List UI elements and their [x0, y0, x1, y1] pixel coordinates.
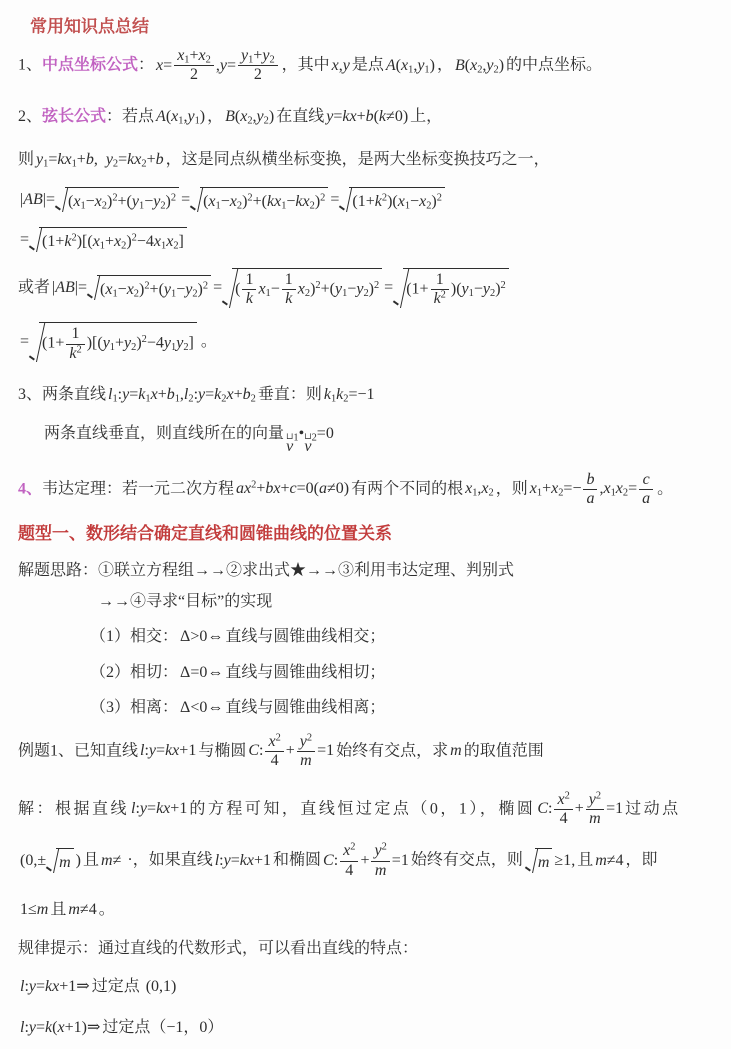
- denominator: 2: [174, 65, 214, 84]
- subscript: 2: [305, 288, 310, 299]
- math-segment: l1:y=k1x+b1,l2:y=k2x+b2: [108, 386, 256, 403]
- subscript: 2: [121, 241, 126, 252]
- subscript: 1: [43, 159, 48, 170]
- example1-line: 例题1、已知直线l:y=kx+1与椭圆C:x24+y2m=1始终有交点，求m的取…: [14, 733, 719, 771]
- math-letter: x: [226, 386, 233, 403]
- superscript: 2: [315, 279, 320, 290]
- subscript: 1: [266, 288, 271, 299]
- subscript: 1: [424, 64, 429, 75]
- math-segment: Δ<0⇔: [180, 699, 223, 716]
- overscript-mark: ⊔: [304, 434, 311, 439]
- math-letter: k: [379, 108, 386, 125]
- radical-icon: [224, 268, 233, 309]
- denominator: a: [583, 489, 597, 508]
- solution-approach-cont-line: →→④寻求“目标”的实现: [14, 590, 719, 613]
- math-letter: y: [106, 151, 113, 168]
- superscript: 2: [247, 192, 252, 203]
- math-letter: c: [643, 471, 650, 488]
- superscript: 2: [144, 280, 149, 291]
- document-body: 1、中点坐标公式：x=x1+x22,y=y1+y22，其中x,y是点A(x1,y…: [14, 47, 719, 1039]
- math-segment: y1=kx1+b,: [36, 151, 98, 168]
- denominator: m: [297, 751, 315, 770]
- subscript: 2: [251, 394, 256, 405]
- overscript: ⊔v: [304, 433, 311, 454]
- subscript: 1: [110, 342, 115, 353]
- radical-icon: [192, 187, 201, 213]
- denominator: 2: [238, 65, 278, 84]
- subscript: 1: [100, 241, 105, 252]
- fraction: 1k2: [66, 325, 84, 363]
- subscript: 2: [490, 288, 495, 299]
- solution-approach-line: 解题思路：①联立方程组→→②求出式★→→③利用韦达定理、判别式: [14, 559, 719, 582]
- math-segment: A(x1,y1): [156, 108, 205, 125]
- ab-length-expanded-line: =(1+k2)[(x1+x2)2−4x1x2]: [14, 227, 719, 253]
- math-segment: |AB|=(x1−x2)2+(y1−y2)2=(x1−x2)2+(kx1−kx2…: [20, 191, 447, 208]
- chord-formula-intro-line: 2、弦长公式：若点A(x1,y1)，B(x2,y2)在直线y=kx+b(k≠0)…: [14, 105, 719, 128]
- math-letter: A: [23, 191, 33, 208]
- superscript: 2: [374, 279, 379, 290]
- superscript: 2: [251, 479, 256, 490]
- text-segment: 直线与圆锥曲线相离；: [225, 699, 385, 716]
- radicand: (1kx1−1kx2)2+(y1−y2)2: [232, 268, 382, 309]
- math-letter: y: [132, 193, 139, 210]
- text-segment: 过动点: [625, 800, 681, 817]
- math-segment: l:y=kx+1⇒: [20, 978, 90, 995]
- math-letter: k: [324, 386, 331, 403]
- math-letter: x: [154, 233, 161, 250]
- text-segment: 解题思路：①联立方程组→→②求出式★→→③利用韦达定理、判别式: [18, 562, 514, 579]
- math-letter: x: [398, 193, 405, 210]
- numerator: 1: [66, 325, 84, 343]
- numerator: 1: [282, 271, 296, 289]
- text-segment: 的方程可知，直线恒过定点（0，1），椭圆: [189, 800, 535, 817]
- subscript: 1: [405, 201, 410, 212]
- math-letter: k: [267, 193, 274, 210]
- math-letter: a: [319, 480, 327, 497]
- subscript: 2: [477, 64, 482, 75]
- subscript: 2: [237, 201, 242, 212]
- math-letter: y: [589, 791, 596, 808]
- text-segment: 。: [657, 480, 673, 497]
- math-letter: x: [163, 800, 170, 817]
- square-root: (1+k2)[(x1+x2)2−4x1x2]: [31, 227, 187, 253]
- math-segment: B(x2,y2): [225, 108, 274, 125]
- text-segment: →→④寻求“目标”的实现: [98, 593, 272, 610]
- midpoint-formula-line: 1、中点坐标公式：x=x1+x22,y=y1+y22，其中x,y是点A(x1,y…: [14, 47, 719, 85]
- subscript: 1: [139, 201, 144, 212]
- superscript: 2: [382, 842, 387, 853]
- math-letter: a: [642, 490, 650, 507]
- text-segment: （3）相离：: [90, 699, 178, 716]
- subscript: 2: [264, 115, 269, 126]
- math-letter: y: [224, 852, 231, 869]
- math-letter: x: [64, 151, 71, 168]
- fraction: y2m: [586, 791, 604, 829]
- math-letter: b: [586, 471, 594, 488]
- math-letter: x: [247, 852, 254, 869]
- math-letter: y: [374, 842, 381, 859]
- math-segment: A(x1,y1): [386, 57, 435, 74]
- radical-icon: [527, 848, 536, 874]
- math-segment: (0,±m): [20, 852, 81, 869]
- superscript: 2: [112, 192, 117, 203]
- math-letter: k: [295, 193, 302, 210]
- math-letter: y: [122, 386, 129, 403]
- subscript: 1: [178, 115, 183, 126]
- math-letter: k: [64, 233, 71, 250]
- text-segment: ：若点: [106, 108, 154, 125]
- math-letter: y: [187, 108, 194, 125]
- case-separate-line: （3）相离：Δ<0⇔直线与圆锥曲线相离；: [14, 696, 719, 719]
- math-letter: x: [93, 233, 100, 250]
- math-segment: y2=kx2+b: [106, 151, 164, 168]
- square-root: (x1−x2)2+(y1−y2)2: [57, 187, 179, 213]
- text-segment: 解：根据直线: [18, 800, 129, 817]
- case-intersect-line: （1）相交：Δ>0⇔直线与圆锥曲线相交；: [14, 625, 719, 648]
- superscript: 2: [142, 334, 147, 345]
- math-segment: m≠: [101, 852, 121, 869]
- math-letter: C: [323, 852, 334, 869]
- document-page: 常用知识点总结 1、中点坐标公式：x=x1+x22,y=y1+y22，其中x,y…: [0, 0, 731, 1049]
- fraction: 1k2: [431, 271, 449, 309]
- math-letter: k: [375, 193, 382, 210]
- math-letter: x: [530, 480, 537, 497]
- subscript: 2: [134, 288, 139, 299]
- subscript: 2: [363, 288, 368, 299]
- math-segment: x1,x2: [465, 480, 494, 497]
- math-letter: l: [131, 800, 135, 817]
- subscript: 1: [112, 288, 117, 299]
- math-segment: C:x24+y2m=1: [537, 800, 623, 817]
- math-letter: m: [37, 901, 49, 918]
- math-letter: x: [349, 108, 356, 125]
- subscript: 1: [171, 288, 176, 299]
- square-root: (1+k2)(x1−x2)2: [341, 187, 445, 213]
- math-letter: m: [375, 862, 387, 879]
- numerator: y2: [586, 791, 604, 809]
- subscript: 1: [184, 55, 189, 66]
- subscript: 2: [310, 201, 315, 212]
- overscript-mark: ⊔: [286, 434, 293, 439]
- text-segment: ，其中: [282, 57, 330, 74]
- math-letter: B: [33, 191, 43, 208]
- superscript: 2: [132, 233, 137, 244]
- fraction: y1+y22: [238, 47, 278, 85]
- radical-icon: [341, 187, 350, 213]
- math-letter: b: [167, 386, 175, 403]
- numerator: y1+y2: [238, 47, 278, 65]
- math-segment: y=kx+b(k≠0): [326, 108, 408, 125]
- math-letter: m: [589, 810, 601, 827]
- text-segment: 3、两条直线: [18, 386, 106, 403]
- subscript: 2: [102, 201, 107, 212]
- math-letter: m: [300, 752, 312, 769]
- denominator: k2: [66, 344, 84, 363]
- math-letter: x: [208, 193, 215, 210]
- math-letter: b: [86, 151, 94, 168]
- page-title: 常用知识点总结: [30, 12, 719, 37]
- math-letter: C: [537, 800, 548, 817]
- radicand: (1+1k2)[(y1+y2)2−4y1y2]: [39, 322, 197, 363]
- math-letter: l: [140, 742, 144, 759]
- text-segment: 规律提示：通过直线的代数形式，可以看出直线的特点：: [18, 940, 418, 957]
- math-segment: ⊔v1•⊔v2=0: [286, 425, 334, 442]
- text-segment: 或者: [18, 279, 50, 296]
- subscript: 1: [175, 394, 180, 405]
- subscript: 2: [131, 342, 136, 353]
- subscript: 1: [469, 288, 474, 299]
- math-segment: x=x1+x22,y=y1+y22: [156, 57, 280, 74]
- subscript: 2: [188, 394, 193, 405]
- math-letter: l: [20, 1019, 24, 1036]
- subscript: 1: [112, 394, 117, 405]
- math-segment: l:y=kx+1: [215, 852, 271, 869]
- superscript: 2: [171, 192, 176, 203]
- fraction: ba: [583, 471, 597, 509]
- substitution-line: 则y1=kx1+b, y2=kx2+b，这是同点纵横坐标变换，是两大坐标变换技巧…: [14, 148, 719, 171]
- math-letter: x: [95, 193, 102, 210]
- math-letter: y: [220, 57, 227, 74]
- superscript: 2: [382, 192, 387, 203]
- subscript: 1: [537, 488, 542, 499]
- math-letter: y: [29, 978, 36, 995]
- math-letter: x: [172, 742, 179, 759]
- subscript: 1: [248, 55, 253, 66]
- vieta-theorem-line: 4、韦达定理：若一元二次方程ax2+bx+c=0(a≠0)有两个不同的根x1,x…: [14, 471, 719, 509]
- math-letter: A: [156, 108, 166, 125]
- text-segment: 是点: [352, 57, 384, 74]
- numerator: y2: [297, 733, 315, 751]
- math-letter: m: [101, 852, 113, 869]
- math-letter: b: [366, 108, 374, 125]
- square-root: (x1−x2)2+(kx1−kx2)2: [192, 187, 328, 213]
- math-segment: |AB|=(x1−x2)2+(y1−y2)2=(1kx1−1kx2)2+(y1−…: [52, 279, 511, 296]
- subscript: 2: [113, 159, 118, 170]
- superscript: 2: [596, 790, 601, 801]
- subscript: 1: [281, 201, 286, 212]
- subscript: 2: [173, 241, 178, 252]
- math-letter: x: [57, 1019, 64, 1036]
- math-letter: m: [68, 901, 80, 918]
- subscript: 2: [489, 488, 494, 499]
- text-segment: 则: [18, 151, 34, 168]
- math-segment: C:x24+y2m=1: [323, 852, 409, 869]
- math-segment: Δ=0⇔: [180, 664, 223, 681]
- denominator: m: [371, 861, 389, 880]
- square-root: m: [527, 848, 553, 874]
- math-segment: m≥1,: [525, 852, 575, 869]
- radicand: (1+k2)(x1−x2)2: [349, 187, 445, 213]
- solution-result-line: 1≤m且m≠4。: [14, 898, 719, 921]
- math-letter: x: [199, 47, 206, 64]
- math-letter: y: [149, 742, 156, 759]
- math-letter: k: [285, 290, 292, 307]
- subscript: 2: [183, 342, 188, 353]
- square-root: (1+1k2)(y1−y2)2: [395, 268, 509, 309]
- math-letter: y: [326, 108, 333, 125]
- math-letter: b: [243, 386, 251, 403]
- subscript: 2: [312, 433, 317, 444]
- fraction: y2m: [371, 842, 389, 880]
- math-letter: l: [215, 852, 219, 869]
- ab-length-alt-expanded-line: =(1+1k2)[(y1+y2)2−4y1y2]。: [14, 322, 719, 363]
- fraction: x24: [554, 791, 572, 829]
- math-letter: m: [59, 854, 71, 871]
- solution-line: 解：根据直线l:y=kx+1的方程可知，直线恒过定点（0，1），椭圆C:x24+…: [14, 791, 719, 829]
- text-segment: 始终有交点，则: [411, 852, 523, 869]
- superscript: 2: [77, 344, 82, 355]
- text-segment: 2、: [18, 108, 42, 125]
- math-segment: C:x24+y2m=1: [248, 742, 334, 759]
- fraction: y2m: [297, 733, 315, 771]
- text-segment: ，即: [626, 852, 658, 869]
- math-segment: x1+x2=−ba,x1x2=ca: [530, 480, 655, 497]
- denominator: m: [586, 809, 604, 828]
- denominator: k2: [431, 289, 449, 308]
- math-segment: m≠4: [595, 852, 623, 869]
- subscript: 1: [216, 201, 221, 212]
- math-letter: y: [483, 280, 490, 297]
- fixed-point-1-line: l:y=kx+1⇒过定点 (0,1): [14, 975, 719, 998]
- math-segment: B(x2,y2): [455, 57, 504, 74]
- math-letter: y: [343, 57, 350, 74]
- subscript: 2: [269, 55, 274, 66]
- math-letter: c: [290, 480, 297, 497]
- math-segment: l:y=kx+1: [140, 742, 196, 759]
- square-root: (x1−x2)2+(y1−y2)2: [89, 275, 211, 301]
- superscript: 2: [203, 280, 208, 291]
- math-segment: m: [450, 742, 462, 759]
- math-letter: l: [20, 978, 24, 995]
- math-letter: y: [103, 335, 110, 352]
- math-letter: y: [300, 733, 307, 750]
- radicand: (1+1k2)(y1−y2)2: [403, 268, 509, 309]
- math-letter: y: [29, 1019, 36, 1036]
- solution-cont-line: (0,±m)且m≠ ·，如果直线l:y=kx+1和椭圆C:x24+y2m=1始终…: [14, 842, 719, 880]
- math-letter: x: [273, 480, 280, 497]
- text-segment: ，则: [496, 480, 528, 497]
- radical-icon: [89, 275, 98, 301]
- subscript: 2: [160, 201, 165, 212]
- text-segment: ，: [437, 57, 453, 74]
- math-segment: k1k2=−1: [324, 386, 375, 403]
- math-letter: x: [303, 193, 310, 210]
- denominator: a: [639, 489, 653, 508]
- text-segment: 与椭圆: [198, 742, 246, 759]
- text-segment: 且: [83, 852, 99, 869]
- math-letter: y: [164, 281, 171, 298]
- denominator: 4: [554, 809, 572, 828]
- radical-icon: [31, 322, 40, 363]
- text-segment: 韦达定理：若一元二次方程: [42, 480, 234, 497]
- math-letter: k: [434, 290, 441, 307]
- square-root: (1kx1−1kx2)2+(y1−y2)2: [224, 268, 382, 309]
- radicand: (x1−x2)2+(kx1−kx2)2: [200, 187, 328, 213]
- math-letter: A: [386, 57, 396, 74]
- perpendicular-vectors-line: 两条直线垂直，则直线所在的向量⊔v1•⊔v2=0: [14, 422, 719, 454]
- math-letter: x: [603, 480, 610, 497]
- math-segment: =(1+1k2)[(y1+y2)2−4y1y2]: [20, 333, 199, 350]
- numerator: 1: [242, 271, 256, 289]
- magenta-accent-segment: 弦长公式: [42, 108, 106, 125]
- numerator: y2: [371, 842, 389, 860]
- pattern-hint-line: 规律提示：通过直线的代数形式，可以看出直线的特点：: [14, 937, 719, 960]
- math-letter: B: [65, 279, 75, 296]
- math-segment: Δ>0⇔: [180, 628, 223, 645]
- text-segment: 过定点（−1，0）: [102, 1019, 223, 1036]
- superscript: 2: [307, 732, 312, 743]
- magenta-accent-segment: 中点坐标公式: [42, 57, 138, 74]
- subscript: 1: [472, 488, 477, 499]
- math-letter: x: [52, 978, 59, 995]
- math-letter: y: [462, 280, 469, 297]
- subscript: 2: [247, 115, 252, 126]
- magenta-accent-segment: 4、: [18, 480, 42, 497]
- fraction: 1k: [242, 271, 256, 309]
- numerator: 1: [431, 271, 449, 289]
- subscript: 2: [623, 488, 628, 499]
- radicand: m: [535, 848, 553, 874]
- math-letter: b: [156, 151, 164, 168]
- text-segment: 在直线: [276, 108, 324, 125]
- math-segment: ax2+bx+c=0(a≠0): [236, 480, 349, 497]
- math-letter: x: [557, 791, 564, 808]
- math-letter: x: [127, 281, 134, 298]
- math-segment: x,y: [332, 57, 350, 74]
- math-letter: m: [595, 852, 607, 869]
- text-segment: 有两个不同的根: [351, 480, 463, 497]
- text-segment: 始终有交点，求: [336, 742, 448, 759]
- math-letter: B: [225, 108, 235, 125]
- subscript: 1: [80, 201, 85, 212]
- text-segment: 例题1、已知直线: [18, 742, 138, 759]
- denominator: k: [282, 289, 296, 308]
- fraction: 1k: [282, 271, 296, 309]
- text-segment: 。: [99, 901, 115, 918]
- math-letter: x: [616, 480, 623, 497]
- superscript: 2: [350, 842, 355, 853]
- numerator: x1+x2: [174, 47, 214, 65]
- subscript: 2: [141, 159, 146, 170]
- text-segment: 且: [577, 852, 593, 869]
- ab-length-formula-line: |AB|=(x1−x2)2+(y1−y2)2=(x1−x2)2+(kx1−kx2…: [14, 187, 719, 213]
- subscript: 1: [72, 159, 77, 170]
- math-letter: y: [257, 108, 264, 125]
- math-segment: m≠4: [68, 901, 96, 918]
- radicand: (1+k2)[(x1+x2)2−4x1x2]: [39, 227, 187, 253]
- subscript: 2: [426, 201, 431, 212]
- radical-icon: [57, 187, 66, 213]
- math-letter: y: [198, 386, 205, 403]
- superscript: 2: [565, 790, 570, 801]
- subscript: 2: [343, 394, 348, 405]
- math-letter: m: [538, 854, 550, 871]
- math-letter: A: [55, 279, 65, 296]
- radical-icon: [31, 227, 40, 253]
- math-letter: x: [298, 280, 305, 297]
- text-segment: ：: [138, 57, 154, 74]
- fraction: x24: [340, 842, 358, 880]
- text-segment: [100, 151, 104, 168]
- math-letter: x: [156, 57, 163, 74]
- math-letter: y: [164, 335, 171, 352]
- math-letter: a: [236, 480, 244, 497]
- radical-icon: [395, 268, 404, 309]
- topic-heading-line: 题型一、数形结合确定直线和圆锥曲线的位置关系: [14, 522, 719, 547]
- math-letter: m: [450, 742, 462, 759]
- text-segment: 直线与圆锥曲线相交；: [225, 628, 385, 645]
- subscript: 2: [206, 55, 211, 66]
